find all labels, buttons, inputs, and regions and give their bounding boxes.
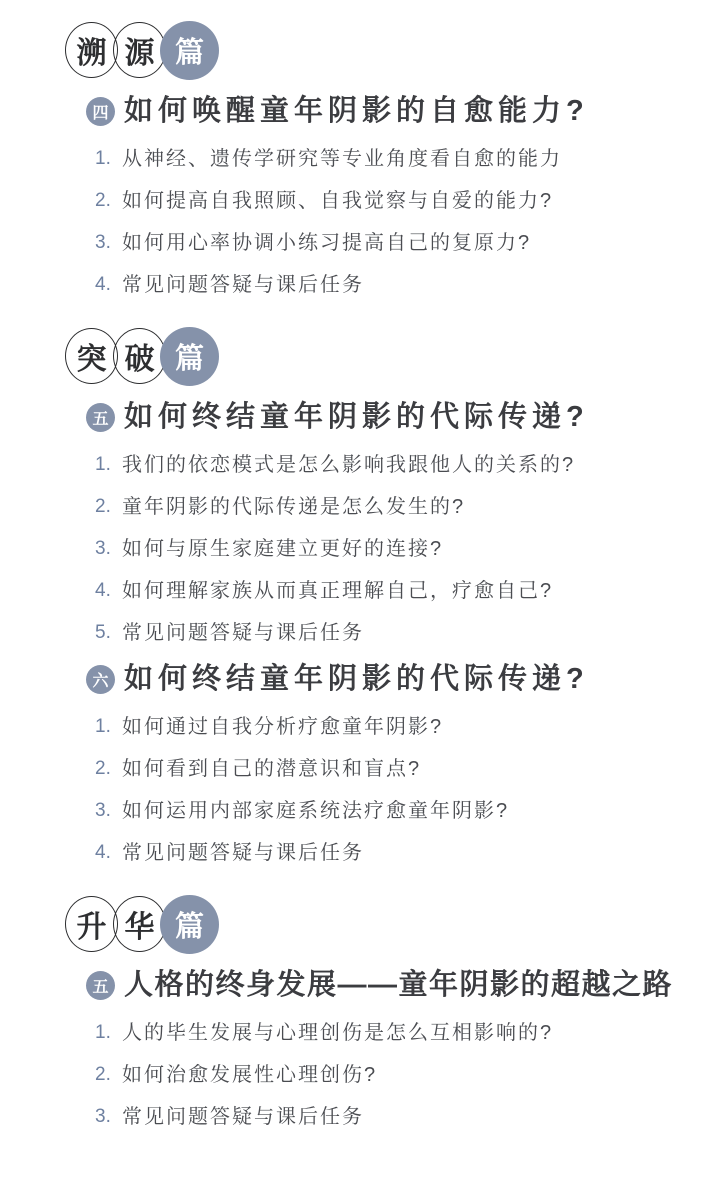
list-item: 2. 如何看到自己的潜意识和盲点? (95, 754, 720, 784)
lesson-group-final: 五 人格的终身发展——童年阴影的超越之路 1. 人的毕生发展与心理创伤是怎么互相… (0, 968, 720, 1132)
section-shenghua: 升 华 篇 五 人格的终身发展——童年阴影的超越之路 1. 人的毕生发展与心理创… (0, 894, 720, 1132)
item-number: 1. (95, 144, 122, 174)
chapter-badge-tupo: 突 破 篇 (65, 326, 720, 386)
lesson-title: 人格的终身发展——童年阴影的超越之路 (124, 968, 673, 1002)
item-number: 3. (95, 228, 122, 258)
item-text: 常见问题答疑与课后任务 (122, 618, 364, 648)
item-text: 常见问题答疑与课后任务 (122, 1102, 364, 1132)
lesson-number-badge: 五 (86, 971, 115, 1000)
lesson-number-badge: 四 (86, 97, 115, 126)
chapter-char: 华 (125, 902, 155, 946)
chapter-pian-char: 篇 (175, 30, 204, 71)
list-item: 5. 常见问题答疑与课后任务 (95, 618, 720, 648)
lesson-item-list: 1. 从神经、遗传学研究等专业角度看自愈的能力 2. 如何提高自我照顾、自我觉察… (95, 144, 720, 300)
item-number: 3. (95, 796, 122, 826)
lesson-title: 如何终结童年阴影的代际传递? (124, 662, 589, 696)
item-number: 3. (95, 534, 122, 564)
list-item: 4. 常见问题答疑与课后任务 (95, 838, 720, 868)
section-suyuan: 溯 源 篇 四 如何唤醒童年阴影的自愈能力? 1. 从神经、遗传学研究等专业角度… (0, 20, 720, 300)
list-item: 4. 如何理解家族从而真正理解自己，疗愈自己? (95, 576, 720, 606)
item-number: 1. (95, 1018, 122, 1048)
chapter-char-circle: 源 (113, 22, 166, 78)
chapter-char-circle: 破 (113, 328, 166, 384)
item-number: 2. (95, 754, 122, 784)
item-text: 如何运用内部家庭系统法疗愈童年阴影? (122, 796, 509, 826)
lesson-number-badge: 六 (86, 665, 115, 694)
list-item: 1. 人的毕生发展与心理创伤是怎么互相影响的? (95, 1018, 720, 1048)
item-number: 2. (95, 186, 122, 216)
list-item: 4. 常见问题答疑与课后任务 (95, 270, 720, 300)
list-item: 3. 如何运用内部家庭系统法疗愈童年阴影? (95, 796, 720, 826)
lesson-heading: 五 人格的终身发展——童年阴影的超越之路 (86, 968, 720, 1002)
item-number: 1. (95, 712, 122, 742)
item-text: 如何用心率协调小练习提高自己的复原力? (122, 228, 531, 258)
item-number: 2. (95, 1060, 122, 1090)
chapter-char-circle: 突 (65, 328, 118, 384)
list-item: 3. 如何与原生家庭建立更好的连接? (95, 534, 720, 564)
chapter-char: 突 (77, 334, 107, 378)
chapter-pian-circle: 篇 (160, 895, 219, 954)
lesson-item-list: 1. 我们的依恋模式是怎么影响我跟他人的关系的? 2. 童年阴影的代际传递是怎么… (95, 450, 720, 648)
item-text: 我们的依恋模式是怎么影响我跟他人的关系的? (122, 450, 575, 480)
chapter-char-circle: 溯 (65, 22, 118, 78)
lesson-item-list: 1. 如何通过自我分析疗愈童年阴影? 2. 如何看到自己的潜意识和盲点? 3. … (95, 712, 720, 868)
lesson-heading: 六 如何终结童年阴影的代际传递? (86, 662, 720, 696)
chapter-char: 溯 (77, 28, 107, 72)
list-item: 3. 如何用心率协调小练习提高自己的复原力? (95, 228, 720, 258)
chapter-char: 破 (125, 334, 155, 378)
list-item: 2. 如何提高自我照顾、自我觉察与自爱的能力? (95, 186, 720, 216)
lesson-title: 如何终结童年阴影的代际传递? (124, 400, 589, 434)
item-number: 4. (95, 270, 122, 300)
chapter-char: 源 (125, 28, 155, 72)
item-text: 常见问题答疑与课后任务 (122, 270, 364, 300)
item-number: 4. (95, 576, 122, 606)
item-text: 人的毕生发展与心理创伤是怎么互相影响的? (122, 1018, 553, 1048)
chapter-char-circle: 升 (65, 896, 118, 952)
item-text: 如何治愈发展性心理创伤? (122, 1060, 377, 1090)
lesson-title: 如何唤醒童年阴影的自愈能力? (124, 94, 589, 128)
section-tupo: 突 破 篇 五 如何终结童年阴影的代际传递? 1. 我们的依恋模式是怎么影响我跟… (0, 326, 720, 868)
item-text: 如何理解家族从而真正理解自己，疗愈自己? (122, 576, 553, 606)
chapter-char: 升 (77, 902, 107, 946)
chapter-badge-suyuan: 溯 源 篇 (65, 20, 720, 80)
item-number: 4. (95, 838, 122, 868)
item-text: 如何与原生家庭建立更好的连接? (122, 534, 443, 564)
item-number: 2. (95, 492, 122, 522)
list-item: 3. 常见问题答疑与课后任务 (95, 1102, 720, 1132)
lesson-group-5: 五 如何终结童年阴影的代际传递? 1. 我们的依恋模式是怎么影响我跟他人的关系的… (0, 400, 720, 648)
lesson-group-6: 六 如何终结童年阴影的代际传递? 1. 如何通过自我分析疗愈童年阴影? 2. 如… (0, 662, 720, 868)
list-item: 2. 童年阴影的代际传递是怎么发生的? (95, 492, 720, 522)
lesson-item-list: 1. 人的毕生发展与心理创伤是怎么互相影响的? 2. 如何治愈发展性心理创伤? … (95, 1018, 720, 1132)
item-text: 如何通过自我分析疗愈童年阴影? (122, 712, 443, 742)
chapter-pian-char: 篇 (175, 336, 204, 377)
item-text: 从神经、遗传学研究等专业角度看自愈的能力 (122, 144, 562, 174)
item-number: 3. (95, 1102, 122, 1132)
item-text: 如何看到自己的潜意识和盲点? (122, 754, 421, 784)
item-text: 如何提高自我照顾、自我觉察与自爱的能力? (122, 186, 553, 216)
chapter-pian-circle: 篇 (160, 327, 219, 386)
list-item: 1. 我们的依恋模式是怎么影响我跟他人的关系的? (95, 450, 720, 480)
item-text: 常见问题答疑与课后任务 (122, 838, 364, 868)
list-item: 2. 如何治愈发展性心理创伤? (95, 1060, 720, 1090)
chapter-badge-shenghua: 升 华 篇 (65, 894, 720, 954)
chapter-pian-circle: 篇 (160, 21, 219, 80)
lesson-number-badge: 五 (86, 403, 115, 432)
lesson-heading: 四 如何唤醒童年阴影的自愈能力? (86, 94, 720, 128)
list-item: 1. 如何通过自我分析疗愈童年阴影? (95, 712, 720, 742)
course-outline-page: 溯 源 篇 四 如何唤醒童年阴影的自愈能力? 1. 从神经、遗传学研究等专业角度… (0, 0, 720, 1187)
item-number: 5. (95, 618, 122, 648)
chapter-pian-char: 篇 (175, 904, 204, 945)
lesson-heading: 五 如何终结童年阴影的代际传递? (86, 400, 720, 434)
chapter-char-circle: 华 (113, 896, 166, 952)
item-number: 1. (95, 450, 122, 480)
item-text: 童年阴影的代际传递是怎么发生的? (122, 492, 465, 522)
lesson-group-4: 四 如何唤醒童年阴影的自愈能力? 1. 从神经、遗传学研究等专业角度看自愈的能力… (0, 94, 720, 300)
list-item: 1. 从神经、遗传学研究等专业角度看自愈的能力 (95, 144, 720, 174)
